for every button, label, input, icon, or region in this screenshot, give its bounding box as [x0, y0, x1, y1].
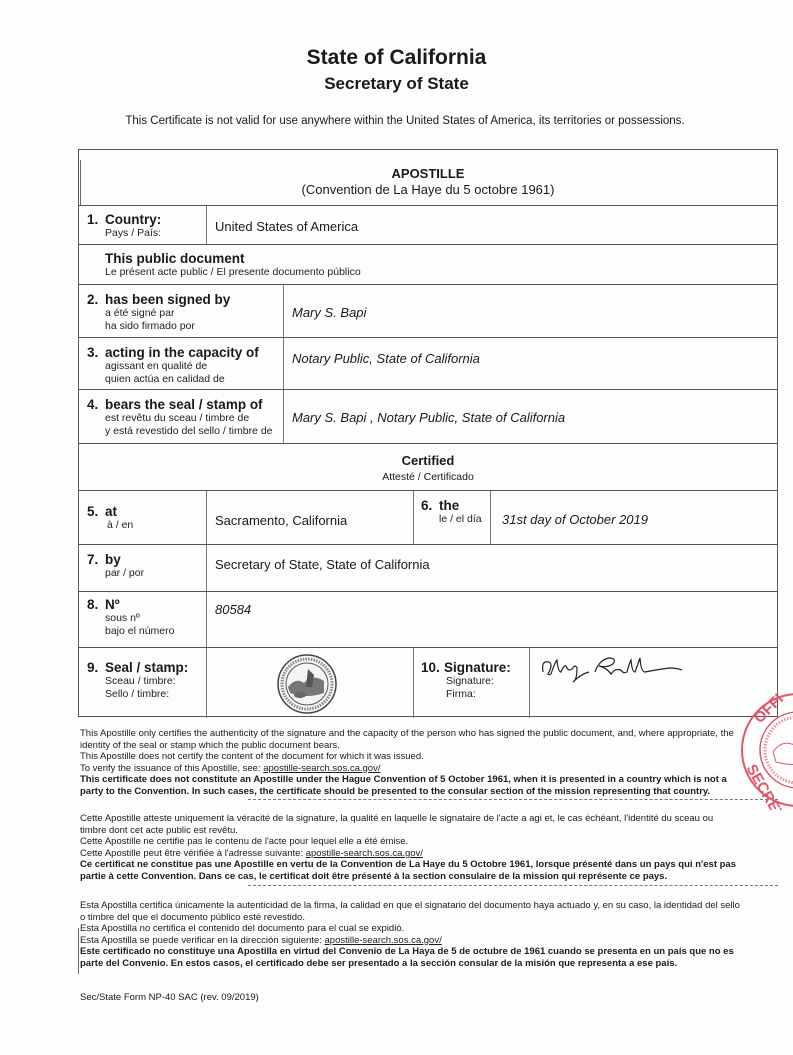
- divider: [529, 648, 530, 718]
- scan-mark: [78, 928, 79, 974]
- certified-row: Certified Attesté / Certificado: [79, 444, 777, 491]
- signed-by-label-fr: a été signé par: [105, 307, 230, 320]
- notice-es-p4: Este certificado no constituye una Apost…: [80, 946, 740, 969]
- field-label: acting in the capacity of agissant en qu…: [105, 345, 259, 386]
- signature-label-es: Firma:: [446, 688, 511, 701]
- at-label: at: [105, 504, 133, 519]
- signed-by-value: Mary S. Bapi: [292, 305, 366, 320]
- field-number: 9.: [87, 660, 98, 675]
- public-document-row: This public document Le présent acte pub…: [79, 245, 777, 285]
- notice-es-p3-text: Esta Apostilla se puede verificar en la …: [80, 935, 325, 946]
- divider: [283, 338, 284, 389]
- seal-of-label-fr: est revêtu du sceau / timbre de: [105, 412, 273, 425]
- apostille-title: APOSTILLE: [79, 166, 777, 181]
- field-label: bears the seal / stamp of est revêtu du …: [105, 397, 273, 438]
- field-number: 4.: [87, 397, 98, 412]
- number-label-fr: sous nº: [105, 612, 174, 625]
- field-label: Nº sous nº bajo el número: [105, 597, 174, 638]
- notice-en-p3-text: To verify the issuance of this Apostille…: [80, 763, 263, 774]
- page-subtitle: Secretary of State: [0, 74, 793, 94]
- divider: [206, 491, 207, 544]
- divider: [206, 592, 207, 647]
- divider: [413, 648, 414, 718]
- apostille-header-row: APOSTILLE (Convention de La Haye du 5 oc…: [79, 150, 777, 206]
- country-label-translation: Pays / País:: [105, 227, 161, 240]
- notice-fr-p4: Ce certificat ne constitue pas une Apost…: [80, 859, 740, 882]
- notice-fr-p3-text: Cette Apostille peut être vérifiée à l'a…: [80, 848, 306, 859]
- certified-label: Certified: [79, 453, 777, 468]
- capacity-label-fr: agissant en qualité de: [105, 360, 259, 373]
- public-document-translation: Le présent acte public / El presente doc…: [105, 266, 361, 279]
- divider: [413, 491, 414, 544]
- field-label: has been signed by a été signé par ha si…: [105, 292, 230, 333]
- field-label: at à / en: [105, 504, 133, 532]
- field-label: Seal / stamp: Sceau / timbre: Sello / ti…: [105, 660, 188, 701]
- at-value: Sacramento, California: [215, 513, 347, 528]
- notice-fr-p1: Cette Apostille atteste uniquement la vé…: [80, 813, 740, 836]
- field-seal-of: 4. bears the seal / stamp of est revêtu …: [79, 390, 777, 444]
- dashed-separator: [248, 885, 778, 886]
- form-identifier: Sec/State Form NP-40 SAC (rev. 09/2019): [80, 992, 259, 1003]
- notice-es-p3: Esta Apostilla se puede verificar en la …: [80, 935, 740, 947]
- divider: [490, 491, 491, 544]
- field-capacity: 3. acting in the capacity of agissant en…: [79, 338, 777, 390]
- field-country: 1. Country: Pays / País: United States o…: [79, 206, 777, 245]
- seal-label-es: Sello / timbre:: [105, 688, 188, 701]
- date-label-translation: le / el día: [439, 513, 482, 526]
- notice-es-p1: Esta Apostilla certifica únicamente la a…: [80, 900, 740, 923]
- public-document-label: This public document Le présent acte pub…: [105, 251, 361, 279]
- notice-en-p1: This Apostille only certifies the authen…: [80, 728, 740, 751]
- notice-en-p4: This certificate does not constitute an …: [80, 774, 740, 797]
- field-label: Country: Pays / País:: [105, 212, 161, 240]
- divider: [283, 390, 284, 443]
- field-at-date: 5. at à / en Sacramento, California 6. t…: [79, 491, 777, 545]
- signature-icon: [537, 650, 687, 684]
- seal-of-label: bears the seal / stamp of: [105, 397, 273, 412]
- field-number: 3.: [87, 345, 98, 360]
- field-label: by par / por: [105, 552, 144, 580]
- signature-label: Signature:: [444, 660, 511, 675]
- great-seal-icon: [276, 653, 338, 715]
- apostille-convention: (Convention de La Haye du 5 octobre 1961…: [79, 182, 777, 197]
- divider: [206, 206, 207, 244]
- field-number: 8.: [87, 597, 98, 612]
- field-label: the le / el día: [439, 498, 482, 526]
- signed-by-label-es: ha sido firmado por: [105, 320, 230, 333]
- seal-label-fr: Sceau / timbre:: [105, 675, 188, 688]
- seal-of-value: Mary S. Bapi , Notary Public, State of C…: [292, 410, 565, 425]
- by-value: Secretary of State, State of California: [215, 557, 430, 572]
- verify-link-en[interactable]: apostille-search.sos.ca.gov/: [263, 763, 380, 774]
- divider: [206, 545, 207, 591]
- field-by: 7. by par / por Secretary of State, Stat…: [79, 545, 777, 592]
- seal-of-label-es: y está revestido del sello / timbre de: [105, 425, 273, 438]
- certified-translation: Attesté / Certificado: [79, 471, 777, 483]
- notice-spanish: Esta Apostilla certifica únicamente la a…: [80, 900, 740, 970]
- notice-english: This Apostille only certifies the authen…: [80, 728, 740, 798]
- notice-french: Cette Apostille atteste uniquement la vé…: [80, 813, 740, 883]
- field-signed-by: 2. has been signed by a été signé par ha…: [79, 285, 777, 338]
- number-label-es: bajo el número: [105, 625, 174, 638]
- field-number: 10.: [421, 660, 440, 675]
- field-seal-signature: 9. Seal / stamp: Sceau / timbre: Sello /…: [79, 648, 777, 718]
- verify-link-es[interactable]: apostille-search.sos.ca.gov/: [325, 935, 442, 946]
- validity-note: This Certificate is not valid for use an…: [0, 115, 793, 127]
- notice-fr-p3: Cette Apostille peut être vérifiée à l'a…: [80, 848, 740, 860]
- capacity-label-es: quien actúa en calidad de: [105, 373, 259, 386]
- page-title: State of California: [0, 46, 793, 70]
- signed-by-label: has been signed by: [105, 292, 230, 307]
- apostille-form: APOSTILLE (Convention de La Haye du 5 oc…: [78, 149, 778, 717]
- at-label-translation: à / en: [107, 519, 133, 532]
- capacity-label: acting in the capacity of: [105, 345, 259, 360]
- field-number: 6.: [421, 498, 432, 513]
- official-seal-stamp-icon: OFFI SECRETA: [738, 690, 793, 810]
- country-value: United States of America: [215, 219, 358, 234]
- field-number: 2.: [87, 292, 98, 307]
- notice-en-p3: To verify the issuance of this Apostille…: [80, 763, 740, 775]
- date-value: 31st day of October 2019: [502, 512, 648, 527]
- divider: [206, 648, 207, 718]
- divider: [283, 285, 284, 337]
- seal-label: Seal / stamp:: [105, 660, 188, 675]
- by-label-translation: par / por: [105, 567, 144, 580]
- notice-en-p2: This Apostille does not certify the cont…: [80, 751, 740, 763]
- certificate-number-value: 80584: [215, 602, 251, 617]
- field-label: Signature: Signature: Firma:: [444, 660, 511, 701]
- field-number: 7.: [87, 552, 98, 567]
- capacity-value: Notary Public, State of California: [292, 351, 480, 366]
- by-label: by: [105, 552, 144, 567]
- notice-fr-p2: Cette Apostille ne certifie pas le conte…: [80, 836, 740, 848]
- verify-link-fr[interactable]: apostille-search.sos.ca.gov/: [306, 848, 423, 859]
- signature-label-fr: Signature:: [446, 675, 511, 688]
- notice-es-p2: Esta Apostilla no certifica el contenido…: [80, 923, 740, 935]
- date-label: the: [439, 498, 482, 513]
- dashed-separator: [248, 799, 778, 800]
- country-label: Country:: [105, 212, 161, 227]
- public-document-title: This public document: [105, 251, 361, 266]
- field-number-row: 8. Nº sous nº bajo el número 80584: [79, 592, 777, 648]
- field-number: 5.: [87, 504, 98, 519]
- field-number: 1.: [87, 212, 98, 227]
- number-label: Nº: [105, 597, 174, 612]
